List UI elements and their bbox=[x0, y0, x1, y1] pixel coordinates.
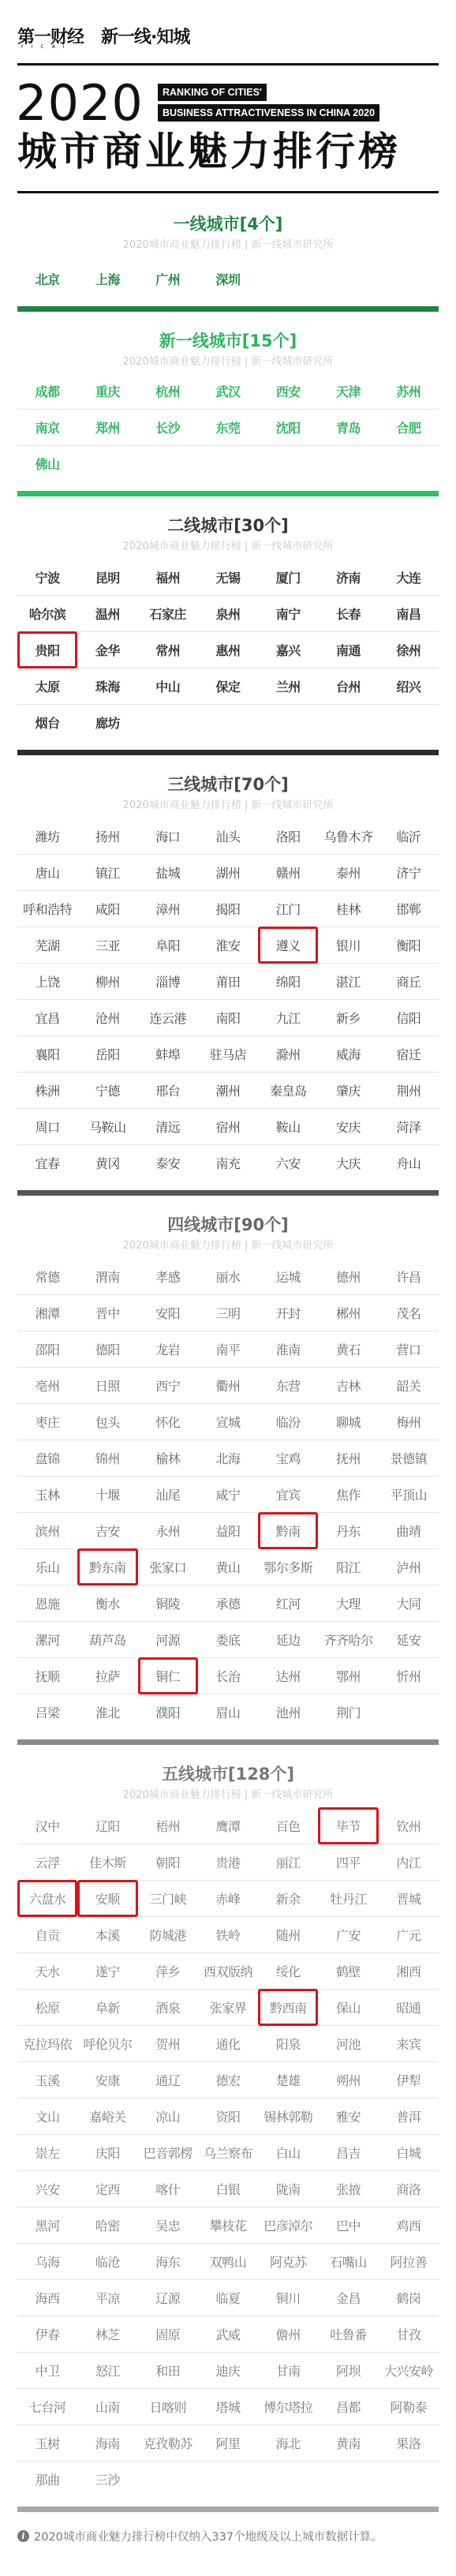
city-cell: 塔城 bbox=[198, 2398, 258, 2416]
city-cell: 九江 bbox=[258, 1009, 318, 1027]
city-cell: 池州 bbox=[258, 1703, 318, 1721]
city-cell: 三亚 bbox=[77, 936, 137, 954]
tier3-section: 三线城市[70个] 2020城市商业魅力排行榜 | 新一线城市研究所 潍坊扬州海… bbox=[0, 755, 456, 1196]
city-cell: 白城 bbox=[379, 2144, 439, 2162]
city-cell: 长春 bbox=[318, 605, 378, 623]
city-cell: 阿克苏 bbox=[258, 2252, 318, 2271]
city-cell: 辽源 bbox=[138, 2289, 198, 2307]
city-cell: 乌兰察布 bbox=[198, 2144, 258, 2162]
table-row: 北京 上海 广州 深圳 bbox=[17, 261, 439, 297]
city-cell: 哈密 bbox=[77, 2216, 137, 2234]
table-row: 常德渭南孝感丽水运城德州许昌 bbox=[17, 1259, 439, 1295]
city-cell: 榆林 bbox=[138, 1449, 198, 1467]
table-row: 贵阳金华常州惠州嘉兴南通徐州 bbox=[17, 632, 439, 668]
city-cell: 晋城 bbox=[379, 1889, 439, 1908]
city-cell: 郴州 bbox=[318, 1304, 378, 1322]
table-row: 天水遂宁萍乡西双版纳绥化鹤壁湘西 bbox=[17, 1953, 439, 1990]
highlighted-city-cell: 黔南 bbox=[258, 1522, 318, 1540]
city-cell: 深圳 bbox=[198, 270, 258, 288]
city-cell: 大连 bbox=[379, 568, 439, 586]
city-cell: 邯郸 bbox=[379, 900, 439, 918]
city-cell: 盐城 bbox=[138, 863, 198, 882]
city-cell: 晋中 bbox=[77, 1304, 137, 1322]
city-cell: 合肥 bbox=[379, 418, 439, 436]
brand-header: 第一财经 YICAI 新一线·知城 bbox=[0, 0, 456, 63]
city-cell: 新余 bbox=[258, 1889, 318, 1908]
city-cell: 大理 bbox=[318, 1594, 378, 1612]
city-cell: 韶关 bbox=[379, 1376, 439, 1395]
city-cell: 阜阳 bbox=[138, 936, 198, 954]
city-cell: 张家口 bbox=[138, 1558, 198, 1576]
city-cell: 吕梁 bbox=[17, 1703, 77, 1721]
city-cell: 曲靖 bbox=[379, 1522, 439, 1540]
table-row: 克拉玛依呼伦贝尔贺州通化阳泉河池来宾 bbox=[17, 2026, 439, 2062]
city-cell: 太原 bbox=[17, 677, 77, 695]
table-row: 成都 重庆 杭州 武汉 西安 天津 苏州 bbox=[17, 373, 439, 410]
table-row: 伊春林芝固原武威儋州吐鲁番甘孜 bbox=[17, 2316, 439, 2353]
city-cell: 新乡 bbox=[318, 1009, 378, 1027]
city-cell: 阳泉 bbox=[258, 2035, 318, 2053]
table-row: 宜春黄冈泰安南充六安大庆舟山 bbox=[17, 1145, 439, 1181]
table-row: 湘潭晋中安阳三明开封郴州茂名 bbox=[17, 1295, 439, 1331]
city-cell: 北京 bbox=[17, 270, 77, 288]
city-cell: 潍坊 bbox=[17, 827, 77, 845]
city-cell: 包头 bbox=[77, 1413, 137, 1431]
city-cell: 兰州 bbox=[258, 677, 318, 695]
tier5-divider bbox=[17, 2507, 439, 2512]
city-cell: 上海 bbox=[77, 270, 137, 288]
city-cell: 庆阳 bbox=[77, 2144, 137, 2162]
city-cell: 绍兴 bbox=[379, 677, 439, 695]
city-cell: 厦门 bbox=[258, 568, 318, 586]
city-cell: 铜陵 bbox=[138, 1594, 198, 1612]
city-cell: 阳江 bbox=[318, 1558, 378, 1576]
city-cell: 喀什 bbox=[138, 2180, 198, 2198]
city-cell: 眉山 bbox=[198, 1703, 258, 1721]
city-cell: 云浮 bbox=[17, 1853, 77, 1871]
city-cell: 鹤岗 bbox=[379, 2289, 439, 2307]
city-cell: 海北 bbox=[258, 2434, 318, 2452]
city-cell: 钦州 bbox=[379, 1817, 439, 1835]
tier2-grid: 宁波昆明福州无锡厦门济南大连哈尔滨温州石家庄泉州南宁长春南昌贵阳金华常州惠州嘉兴… bbox=[17, 560, 439, 740]
city-cell: 吉安 bbox=[77, 1522, 137, 1540]
city-cell: 驻马店 bbox=[198, 1045, 258, 1063]
source-caption: 2020城市商业魅力排行榜 | 新一线城市研究所 bbox=[0, 1788, 456, 1803]
english-title-line2: BUSINESS ATTRACTIVENESS IN CHINA 2020 bbox=[158, 104, 379, 122]
city-cell: 怒江 bbox=[77, 2361, 137, 2379]
city-cell: 玉树 bbox=[17, 2434, 77, 2452]
table-row: 云浮佳木斯朝阳贵港丽江四平内江 bbox=[17, 1844, 439, 1881]
city-cell: 青岛 bbox=[318, 418, 378, 436]
city-cell: 临夏 bbox=[198, 2289, 258, 2307]
city-cell: 葫芦岛 bbox=[77, 1631, 137, 1649]
city-cell: 牡丹江 bbox=[318, 1889, 378, 1908]
city-cell: 海东 bbox=[138, 2252, 198, 2271]
table-row: 六盘水安顺三门峡赤峰新余牡丹江晋城 bbox=[17, 1881, 439, 1917]
city-cell: 定西 bbox=[77, 2180, 137, 2198]
city-cell: 茂名 bbox=[379, 1304, 439, 1322]
city-cell: 海南 bbox=[77, 2434, 137, 2452]
city-cell: 辽阳 bbox=[77, 1817, 137, 1835]
city-cell: 石嘴山 bbox=[318, 2252, 378, 2271]
city-cell: 清远 bbox=[138, 1118, 198, 1136]
city-cell: 来宾 bbox=[379, 2035, 439, 2053]
city-cell: 萍乡 bbox=[138, 1962, 198, 1980]
source-caption: 2020城市商业魅力排行榜 | 新一线城市研究所 bbox=[0, 1238, 456, 1254]
table-row: 佛山 bbox=[17, 446, 439, 481]
city-cell: 汕头 bbox=[198, 827, 258, 845]
city-cell: 许昌 bbox=[379, 1267, 439, 1286]
tier3-grid: 潍坊扬州海口汕头洛阳乌鲁木齐临沂唐山镇江盐城湖州赣州泰州济宁呼和浩特咸阳漳州揭阳… bbox=[17, 818, 439, 1181]
table-row: 宜昌沧州连云港南阳九江新乡信阳 bbox=[17, 1000, 439, 1036]
city-cell: 宿迁 bbox=[379, 1045, 439, 1063]
table-row: 唐山镇江盐城湖州赣州泰州济宁 bbox=[17, 855, 439, 891]
city-cell: 安阳 bbox=[138, 1304, 198, 1322]
city-cell: 台州 bbox=[318, 677, 378, 695]
city-cell: 红河 bbox=[258, 1594, 318, 1612]
city-cell: 攀枝花 bbox=[198, 2216, 258, 2234]
city-cell: 遂宁 bbox=[77, 1962, 137, 1980]
city-cell: 北海 bbox=[198, 1449, 258, 1467]
table-row: 抚顺拉萨铜仁长治达州鄂州忻州 bbox=[17, 1658, 439, 1694]
city-cell: 那曲 bbox=[17, 2470, 77, 2488]
city-cell: 黄山 bbox=[198, 1558, 258, 1576]
city-cell: 玉林 bbox=[17, 1485, 77, 1503]
highlighted-city-cell: 安顺 bbox=[77, 1889, 137, 1908]
city-cell: 亳州 bbox=[17, 1376, 77, 1395]
english-title-line1: RANKING OF CITIES' bbox=[158, 84, 267, 101]
city-cell: 汕尾 bbox=[138, 1485, 198, 1503]
new-tier1-grid: 成都 重庆 杭州 武汉 西安 天津 苏州 南京 郑州 长沙 东莞 沈阳 青岛 合… bbox=[17, 373, 439, 481]
city-cell: 德阳 bbox=[77, 1340, 137, 1358]
city-cell: 孝感 bbox=[138, 1267, 198, 1286]
city-cell: 咸宁 bbox=[198, 1485, 258, 1503]
city-cell: 湖州 bbox=[198, 863, 258, 882]
city-cell: 昌吉 bbox=[318, 2144, 378, 2162]
table-row: 漯河葫芦岛河源娄底延边齐齐哈尔延安 bbox=[17, 1622, 439, 1658]
city-cell: 沈阳 bbox=[258, 418, 318, 436]
city-cell: 黄南 bbox=[318, 2434, 378, 2452]
table-row: 黑河哈密吴忠攀枝花巴彦淖尔巴中鸡西 bbox=[17, 2207, 439, 2244]
city-cell: 扬州 bbox=[77, 827, 137, 845]
new-tier1-divider bbox=[17, 491, 439, 496]
table-row: 滨州吉安永州益阳黔南丹东曲靖 bbox=[17, 1513, 439, 1549]
city-cell: 南平 bbox=[198, 1340, 258, 1358]
city-cell: 拉萨 bbox=[77, 1667, 137, 1685]
city-cell: 马鞍山 bbox=[77, 1118, 137, 1136]
city-cell: 朔州 bbox=[318, 2071, 378, 2089]
city-cell: 临沂 bbox=[379, 827, 439, 845]
city-cell: 抚州 bbox=[318, 1449, 378, 1467]
city-cell: 长沙 bbox=[138, 418, 198, 436]
city-cell: 昭通 bbox=[379, 1998, 439, 2016]
city-cell: 淮安 bbox=[198, 936, 258, 954]
city-cell: 漯河 bbox=[17, 1631, 77, 1649]
table-row: 玉树海南克孜勒苏阿里海北黄南果洛 bbox=[17, 2425, 439, 2462]
table-row: 文山嘉峪关凉山资阳锡林郭勒雅安普洱 bbox=[17, 2099, 439, 2135]
table-row: 汉中辽阳梧州鹰潭百色毕节钦州 bbox=[17, 1808, 439, 1844]
year-heading: 2020 bbox=[16, 79, 144, 128]
city-cell: 博尔塔拉 bbox=[258, 2398, 318, 2416]
city-cell: 枣庄 bbox=[17, 1413, 77, 1431]
city-cell: 长治 bbox=[198, 1667, 258, 1685]
city-cell: 昆明 bbox=[77, 568, 137, 586]
city-cell: 商丘 bbox=[379, 972, 439, 990]
table-row: 宁波昆明福州无锡厦门济南大连 bbox=[17, 560, 439, 596]
city-cell: 三沙 bbox=[77, 2470, 137, 2488]
city-cell: 呼和浩特 bbox=[17, 900, 77, 918]
city-cell: 三门峡 bbox=[138, 1889, 198, 1908]
city-cell: 临汾 bbox=[258, 1413, 318, 1431]
highlighted-city-cell: 遵义 bbox=[258, 936, 318, 954]
city-cell: 林芝 bbox=[77, 2325, 137, 2343]
city-cell: 梅州 bbox=[379, 1413, 439, 1431]
source-caption: 2020城市商业魅力排行榜 | 新一线城市研究所 bbox=[0, 798, 456, 814]
city-cell: 淮南 bbox=[258, 1340, 318, 1358]
city-cell: 果洛 bbox=[379, 2434, 439, 2452]
city-cell: 河源 bbox=[138, 1631, 198, 1649]
city-cell: 鹤壁 bbox=[318, 1962, 378, 1980]
table-row: 呼和浩特咸阳漳州揭阳江门桂林邯郸 bbox=[17, 891, 439, 927]
city-cell: 宜宾 bbox=[258, 1485, 318, 1503]
city-cell: 通辽 bbox=[138, 2071, 198, 2089]
tier2-divider bbox=[17, 750, 439, 755]
city-cell: 大兴安岭 bbox=[379, 2361, 439, 2379]
city-cell: 岳阳 bbox=[77, 1045, 137, 1063]
city-cell: 甘孜 bbox=[379, 2325, 439, 2343]
city-cell: 滁州 bbox=[258, 1045, 318, 1063]
table-row: 乐山黔东南张家口黄山鄂尔多斯阳江泸州 bbox=[17, 1549, 439, 1586]
city-cell: 黑河 bbox=[17, 2216, 77, 2234]
city-cell: 菏泽 bbox=[379, 1118, 439, 1136]
city-cell: 荆门 bbox=[318, 1703, 378, 1721]
source-caption: 2020城市商业魅力排行榜 | 新一线城市研究所 bbox=[0, 539, 456, 555]
city-cell: 延边 bbox=[258, 1631, 318, 1649]
city-cell: 珠海 bbox=[77, 677, 137, 695]
city-cell: 烟台 bbox=[17, 713, 77, 732]
city-cell: 白山 bbox=[258, 2144, 318, 2162]
city-cell: 金华 bbox=[77, 641, 137, 659]
city-cell: 临沧 bbox=[77, 2252, 137, 2271]
city-cell: 楚雄 bbox=[258, 2071, 318, 2089]
tier4-section: 四线城市[90个] 2020城市商业魅力排行榜 | 新一线城市研究所 常德渭南孝… bbox=[0, 1196, 456, 1745]
city-cell: 平顶山 bbox=[379, 1485, 439, 1503]
city-cell: 昌都 bbox=[318, 2398, 378, 2416]
city-cell: 嘉兴 bbox=[258, 641, 318, 659]
city-cell: 西安 bbox=[258, 382, 318, 400]
city-cell: 恩施 bbox=[17, 1594, 77, 1612]
city-cell: 湘西 bbox=[379, 1962, 439, 1980]
city-cell: 衡水 bbox=[77, 1594, 137, 1612]
footnote-text: 2020城市商业魅力排行榜中仅纳入337个地级及以上城市数据计算。 bbox=[34, 2528, 383, 2544]
city-cell: 天水 bbox=[17, 1962, 77, 1980]
city-cell: 鸡西 bbox=[379, 2216, 439, 2234]
city-cell: 运城 bbox=[258, 1267, 318, 1286]
city-cell: 吐鲁番 bbox=[318, 2325, 378, 2343]
highlighted-city-cell: 黔西南 bbox=[258, 1998, 318, 2016]
table-row: 松原阜新酒泉张家界黔西南保山昭通 bbox=[17, 1990, 439, 2026]
city-cell: 漳州 bbox=[138, 900, 198, 918]
city-cell: 保定 bbox=[198, 677, 258, 695]
table-row: 自贡本溪防城港铁岭随州广安广元 bbox=[17, 1917, 439, 1953]
city-cell: 张掖 bbox=[318, 2180, 378, 2198]
city-cell: 凉山 bbox=[138, 2107, 198, 2125]
city-cell: 文山 bbox=[17, 2107, 77, 2125]
city-cell: 和田 bbox=[138, 2361, 198, 2379]
city-cell: 嘉峪关 bbox=[77, 2107, 137, 2125]
city-cell: 徐州 bbox=[379, 641, 439, 659]
city-cell: 保山 bbox=[318, 1998, 378, 2016]
city-cell: 南昌 bbox=[379, 605, 439, 623]
city-cell: 克孜勒苏 bbox=[138, 2434, 198, 2452]
city-cell: 自贡 bbox=[17, 1926, 77, 1944]
city-cell: 汉中 bbox=[17, 1817, 77, 1835]
tier4-grid: 常德渭南孝感丽水运城德州许昌湘潭晋中安阳三明开封郴州茂名邵阳德阳龙岩南平淮南黄石… bbox=[17, 1259, 439, 1730]
city-cell: 日照 bbox=[77, 1376, 137, 1395]
city-cell: 济宁 bbox=[379, 863, 439, 882]
city-cell: 郑州 bbox=[77, 418, 137, 436]
city-cell: 赤峰 bbox=[198, 1889, 258, 1908]
table-row: 中卫怒江和田迪庆甘南阿坝大兴安岭 bbox=[17, 2353, 439, 2389]
city-cell: 张家界 bbox=[198, 1998, 258, 2016]
city-cell: 周口 bbox=[17, 1118, 77, 1136]
city-cell: 濮阳 bbox=[138, 1703, 198, 1721]
city-cell: 咸阳 bbox=[77, 900, 137, 918]
city-cell: 泰安 bbox=[138, 1154, 198, 1172]
city-cell: 宣城 bbox=[198, 1413, 258, 1431]
city-cell: 七台河 bbox=[17, 2398, 77, 2416]
city-cell: 成都 bbox=[17, 382, 77, 400]
table-row: 七台河山南日喀则塔城博尔塔拉昌都阿勒泰 bbox=[17, 2389, 439, 2425]
city-cell: 潮州 bbox=[198, 1081, 258, 1099]
city-cell: 东营 bbox=[258, 1376, 318, 1395]
city-cell: 大同 bbox=[379, 1594, 439, 1612]
city-cell: 西宁 bbox=[138, 1376, 198, 1395]
table-row: 那曲三沙 bbox=[17, 2462, 439, 2497]
city-cell: 西双版纳 bbox=[198, 1962, 258, 1980]
tier5-grid: 汉中辽阳梧州鹰潭百色毕节钦州云浮佳木斯朝阳贵港丽江四平内江六盘水安顺三门峡赤峰新… bbox=[17, 1808, 439, 2497]
tier2-section: 二线城市[30个] 2020城市商业魅力排行榜 | 新一线城市研究所 宁波昆明福… bbox=[0, 496, 456, 755]
city-cell: 山南 bbox=[77, 2398, 137, 2416]
city-cell: 随州 bbox=[258, 1926, 318, 1944]
city-cell: 白银 bbox=[198, 2180, 258, 2198]
city-cell: 济南 bbox=[318, 568, 378, 586]
city-cell: 六安 bbox=[258, 1154, 318, 1172]
city-cell: 商洛 bbox=[379, 2180, 439, 2198]
tier4-divider bbox=[17, 1739, 439, 1745]
city-cell: 湛江 bbox=[318, 972, 378, 990]
city-cell: 鄂尔多斯 bbox=[258, 1558, 318, 1576]
city-cell: 蚌埠 bbox=[138, 1045, 198, 1063]
city-cell: 海西 bbox=[17, 2289, 77, 2307]
city-cell: 玉溪 bbox=[17, 2071, 77, 2089]
city-cell: 百色 bbox=[258, 1817, 318, 1835]
city-cell: 资阳 bbox=[198, 2107, 258, 2125]
city-cell: 阿勒泰 bbox=[379, 2398, 439, 2416]
page-title: 城市商业魅力排行榜 bbox=[17, 129, 401, 174]
city-cell: 杭州 bbox=[138, 382, 198, 400]
city-cell: 松原 bbox=[17, 1998, 77, 2016]
city-cell: 滨州 bbox=[17, 1522, 77, 1540]
city-cell: 衡阳 bbox=[379, 936, 439, 954]
city-cell: 怀化 bbox=[138, 1413, 198, 1431]
city-cell: 洛阳 bbox=[258, 827, 318, 845]
city-cell: 南充 bbox=[198, 1154, 258, 1172]
city-cell: 迪庆 bbox=[198, 2361, 258, 2379]
tier2-heading: 二线城市[30个] bbox=[0, 514, 456, 537]
table-row: 枣庄包头怀化宣城临汾聊城梅州 bbox=[17, 1404, 439, 1440]
city-cell: 芜湖 bbox=[17, 936, 77, 954]
city-cell: 伊春 bbox=[17, 2325, 77, 2343]
source-caption: 2020城市商业魅力排行榜 | 新一线城市研究所 bbox=[0, 238, 456, 253]
city-cell: 德州 bbox=[318, 1267, 378, 1286]
city-cell: 承德 bbox=[198, 1594, 258, 1612]
city-cell: 内江 bbox=[379, 1853, 439, 1871]
city-cell: 泰州 bbox=[318, 863, 378, 882]
table-row: 上饶柳州淄博莆田绵阳湛江商丘 bbox=[17, 964, 439, 1000]
city-cell: 双鸭山 bbox=[198, 2252, 258, 2271]
table-row: 南京 郑州 长沙 东莞 沈阳 青岛 合肥 bbox=[17, 410, 439, 446]
city-cell: 甘南 bbox=[258, 2361, 318, 2379]
tier1-section: 一线城市[4个] 2020城市商业魅力排行榜 | 新一线城市研究所 北京 上海 … bbox=[0, 193, 456, 312]
city-cell: 柳州 bbox=[77, 972, 137, 990]
city-cell: 淮北 bbox=[77, 1703, 137, 1721]
city-cell: 广元 bbox=[379, 1926, 439, 1944]
table-row: 芜湖三亚阜阳淮安遵义银川衡阳 bbox=[17, 927, 439, 964]
city-cell: 阿里 bbox=[198, 2434, 258, 2452]
city-cell: 黄冈 bbox=[77, 1154, 137, 1172]
city-cell: 无锡 bbox=[198, 568, 258, 586]
city-cell: 武威 bbox=[198, 2325, 258, 2343]
city-cell: 宁德 bbox=[77, 1081, 137, 1099]
city-cell: 渭南 bbox=[77, 1267, 137, 1286]
table-row: 潍坊扬州海口汕头洛阳乌鲁木齐临沂 bbox=[17, 818, 439, 855]
city-cell: 永州 bbox=[138, 1522, 198, 1540]
city-cell: 常德 bbox=[17, 1267, 77, 1286]
city-cell: 桂林 bbox=[318, 900, 378, 918]
city-cell: 宿州 bbox=[198, 1118, 258, 1136]
city-cell: 邵阳 bbox=[17, 1340, 77, 1358]
city-cell: 铁岭 bbox=[198, 1926, 258, 1944]
city-cell: 平凉 bbox=[77, 2289, 137, 2307]
city-cell: 宜春 bbox=[17, 1154, 77, 1172]
city-cell: 锦州 bbox=[77, 1449, 137, 1467]
city-cell: 广安 bbox=[318, 1926, 378, 1944]
tier3-divider bbox=[17, 1190, 439, 1196]
city-cell: 绥化 bbox=[258, 1962, 318, 1980]
city-cell: 开封 bbox=[258, 1304, 318, 1322]
city-cell: 沧州 bbox=[77, 1009, 137, 1027]
city-cell: 重庆 bbox=[77, 382, 137, 400]
city-cell: 绵阳 bbox=[258, 972, 318, 990]
city-cell: 中卫 bbox=[17, 2361, 77, 2379]
city-cell: 揭阳 bbox=[198, 900, 258, 918]
source-caption: 2020城市商业魅力排行榜 | 新一线城市研究所 bbox=[0, 354, 456, 370]
city-cell: 宁波 bbox=[17, 568, 77, 586]
city-cell: 伊犁 bbox=[379, 2071, 439, 2089]
table-row: 周口马鞍山清远宿州鞍山安庆菏泽 bbox=[17, 1109, 439, 1145]
title-block: 2020 RANKING OF CITIES' BUSINESS ATTRACT… bbox=[0, 63, 456, 191]
city-cell: 宝鸡 bbox=[258, 1449, 318, 1467]
city-cell: 襄阳 bbox=[17, 1045, 77, 1063]
city-cell: 普洱 bbox=[379, 2107, 439, 2125]
city-cell: 儋州 bbox=[258, 2325, 318, 2343]
city-cell: 齐齐哈尔 bbox=[318, 1631, 378, 1649]
city-cell: 湘潭 bbox=[17, 1304, 77, 1322]
city-cell: 银川 bbox=[318, 936, 378, 954]
table-row: 兴安定西喀什白银陇南张掖商洛 bbox=[17, 2171, 439, 2207]
highlighted-city-cell: 六盘水 bbox=[17, 1889, 77, 1908]
